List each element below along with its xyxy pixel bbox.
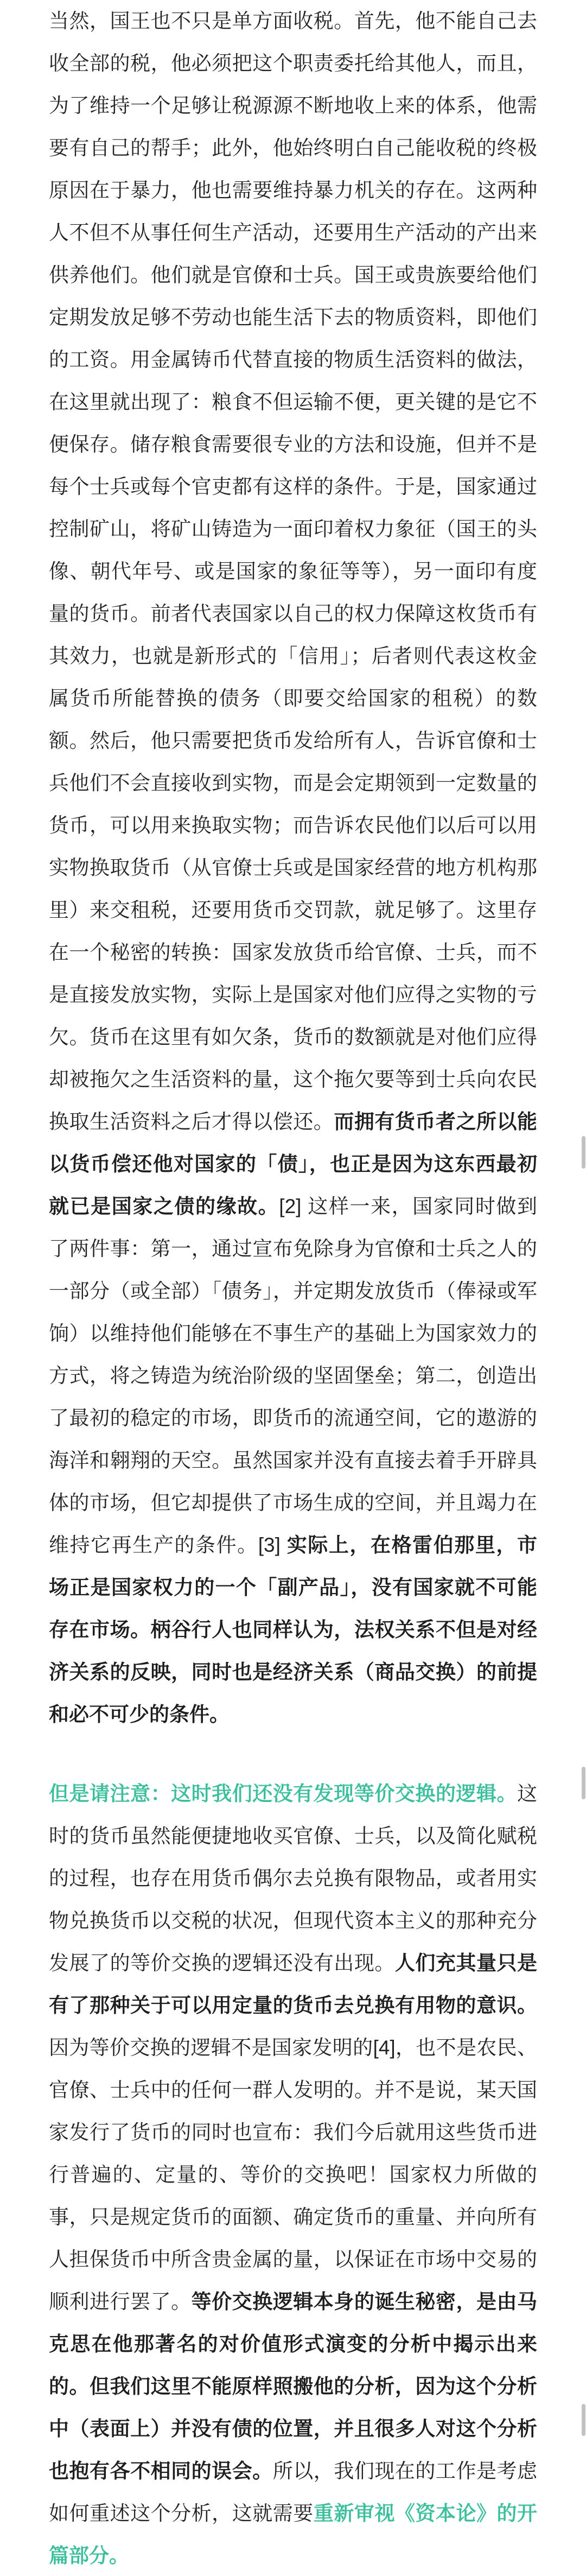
text-run-bold: 实际上，在格雷伯那里，市场正是国家权力的一个「副产品」，没有国家就不可能存在市场… xyxy=(49,1534,537,1725)
scrollbar-thumb[interactable] xyxy=(582,2404,585,2436)
text-run-highlight: 但是请注意：这时我们还没有发现等价交换的逻辑。 xyxy=(49,1782,517,1805)
paragraph: 但是请注意：这时我们还没有发现等价交换的逻辑。这时的货币虽然能便捷地收买官僚、士… xyxy=(49,1773,537,2576)
paragraph: 当然，国王也不只是单方面收税。首先，他不能自己去收全部的税，他必须把这个职责委托… xyxy=(49,0,537,1736)
scrollbar-thumb[interactable] xyxy=(582,1136,585,1169)
text-run-regular: 这时的货币虽然能便捷地收买官僚、士兵，以及简化赋税的过程，也存在用货币偶尔去兑换… xyxy=(49,1782,537,1974)
scrollbar-thumb[interactable] xyxy=(582,1767,585,1799)
text-run-regular: 因为等价交换的逻辑不是国家发明的[4]，也不是农民、官僚、士兵中的任何一群人发明… xyxy=(49,2036,537,2313)
article-body: 当然，国王也不只是单方面收税。首先，他不能自己去收全部的税，他必须把这个职责委托… xyxy=(0,0,586,2576)
text-run-regular: [2] 这样一来，国家同时做到了两件事：第一，通过宣布免除身为官僚和士兵之人的一… xyxy=(49,1195,537,1556)
text-run-regular: 当然，国王也不只是单方面收税。首先，他不能自己去收全部的税，他必须把这个职责委托… xyxy=(49,10,537,1133)
text-run-bold: 等价交换逻辑本身的诞生秘密，是由马克思在他那著名的对价值形式演变的分析中揭示出来… xyxy=(49,2291,537,2482)
